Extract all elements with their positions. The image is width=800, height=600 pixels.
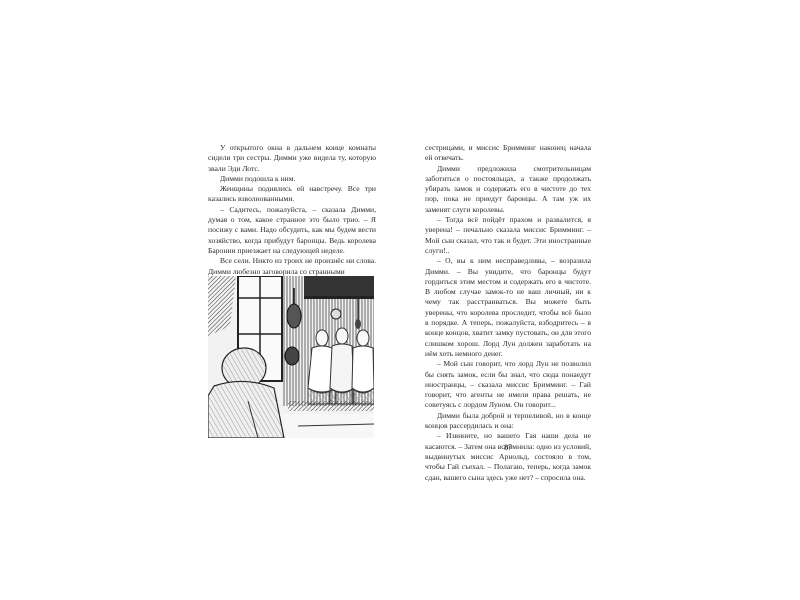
right-paragraph-5: – Мой сын говорит, что лорд Лун не позво…: [425, 359, 591, 410]
book-spread: У открытого окна в дальнем конце комнаты…: [0, 0, 800, 600]
left-paragraph-2: Димми подошла к ним.: [208, 174, 376, 184]
page-number: 87: [498, 443, 518, 452]
left-paragraph-3: Женщины поднялись ей навстречу. Все три …: [208, 184, 376, 205]
left-paragraph-5: Все сели. Никто из троих не произнёс ни …: [208, 256, 376, 277]
right-page: сестрицами, и миссис Бримминг наконец на…: [425, 143, 591, 483]
illustration-three-sisters: [208, 276, 374, 438]
right-paragraph-7: – Извините, но вашего Гая наши дела не к…: [425, 431, 591, 482]
left-paragraph-4: – Садитесь, пожалуйста, – сказала Димми,…: [208, 205, 376, 256]
left-page: У открытого окна в дальнем конце комнаты…: [208, 143, 376, 277]
right-paragraph-3: – Тогда всё пойдёт прахом и развалится, …: [425, 215, 591, 256]
right-paragraph-6: Димми была доброй и терпеливой, но в кон…: [425, 411, 591, 432]
right-paragraph-2: Димми предложила смотрительницам заботит…: [425, 164, 591, 215]
left-paragraph-1: У открытого окна в дальнем конце комнаты…: [208, 143, 376, 174]
right-paragraph-1: сестрицами, и миссис Бримминг наконец на…: [425, 143, 591, 164]
right-paragraph-4: – О, вы к ним несправедливы, – возразила…: [425, 256, 591, 359]
